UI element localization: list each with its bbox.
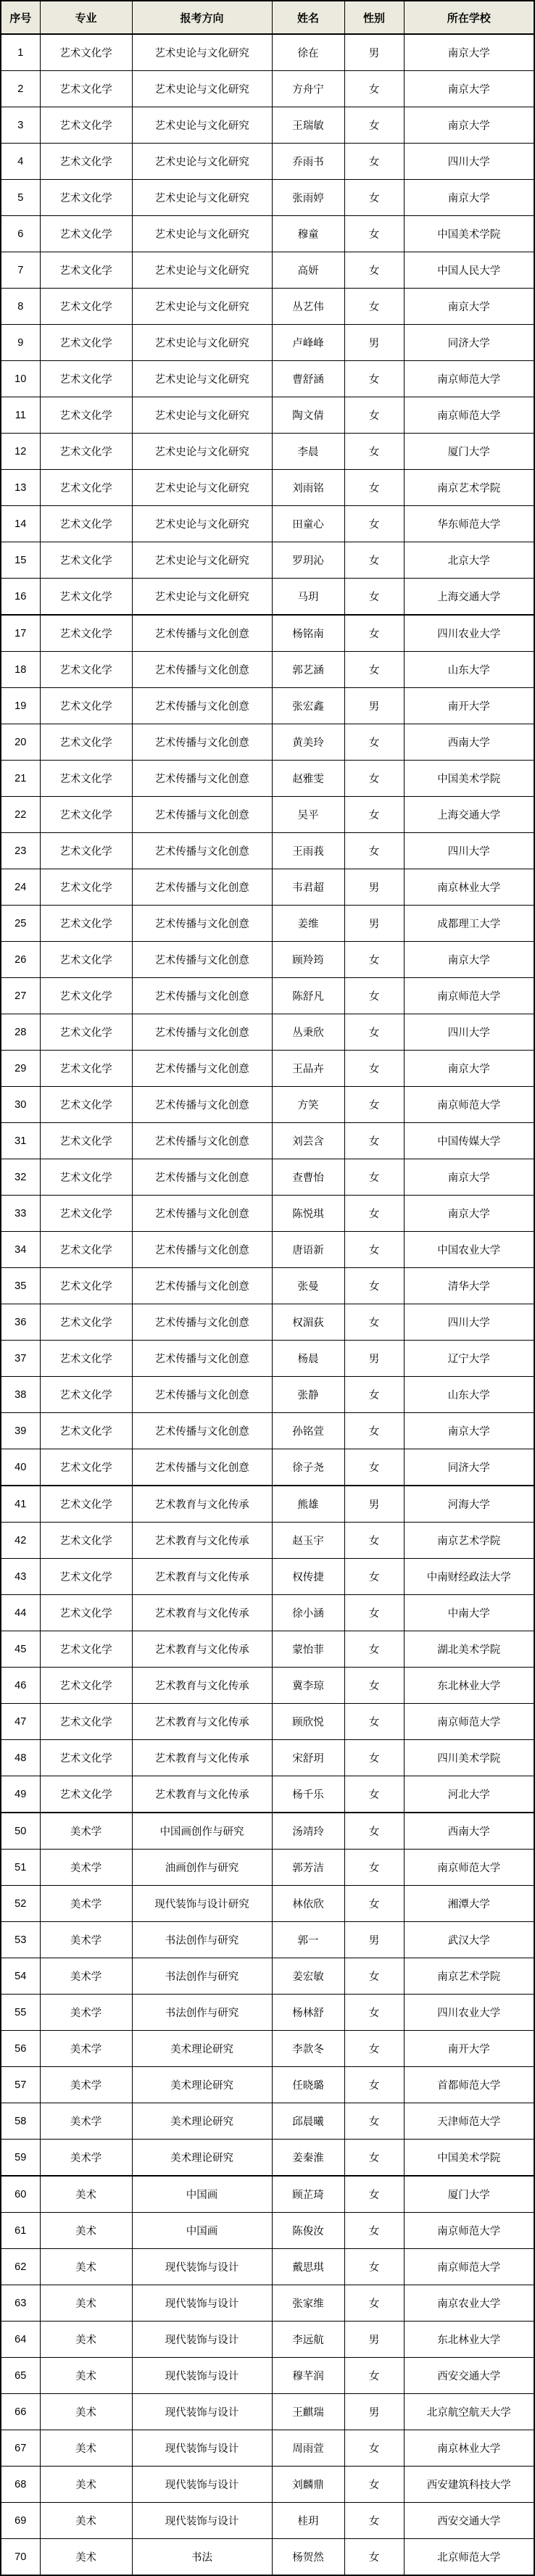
- cell-gender: 女: [344, 2031, 404, 2067]
- cell-school: 同济大学: [404, 1449, 534, 1486]
- cell-direction: 现代装饰与设计: [132, 2467, 272, 2503]
- cell-index: 69: [1, 2503, 40, 2539]
- cell-school: 南京大学: [404, 180, 534, 216]
- cell-major: 艺术文化学: [40, 34, 132, 71]
- cell-major: 艺术文化学: [40, 397, 132, 434]
- cell-name: 徐在: [272, 34, 344, 71]
- cell-gender: 女: [344, 1123, 404, 1159]
- cell-index: 62: [1, 2249, 40, 2285]
- cell-gender: 女: [344, 252, 404, 289]
- cell-direction: 艺术传播与文化创意: [132, 1196, 272, 1232]
- cell-index: 42: [1, 1523, 40, 1559]
- cell-direction: 艺术教育与文化传承: [132, 1740, 272, 1776]
- cell-gender: 女: [344, 2213, 404, 2249]
- cell-gender: 女: [344, 1196, 404, 1232]
- cell-gender: 男: [344, 2322, 404, 2358]
- cell-school: 东北林业大学: [404, 2322, 534, 2358]
- cell-name: 韦君超: [272, 869, 344, 906]
- cell-index: 14: [1, 506, 40, 542]
- cell-school: 四川大学: [404, 1304, 534, 1341]
- cell-major: 艺术文化学: [40, 1196, 132, 1232]
- cell-school: 南开大学: [404, 2031, 534, 2067]
- cell-gender: 女: [344, 1523, 404, 1559]
- cell-gender: 女: [344, 1740, 404, 1776]
- cell-name: 丛艺伟: [272, 289, 344, 325]
- cell-name: 蒙怡菲: [272, 1631, 344, 1668]
- table-body: 1艺术文化学艺术史论与文化研究徐在男南京大学2艺术文化学艺术史论与文化研究方舟宁…: [1, 34, 534, 2575]
- cell-direction: 现代装饰与设计: [132, 2394, 272, 2430]
- cell-major: 美术: [40, 2430, 132, 2467]
- table-row: 40艺术文化学艺术传播与文化创意徐子尧女同济大学: [1, 1449, 534, 1486]
- cell-index: 65: [1, 2358, 40, 2394]
- table-row: 52美术学现代装饰与设计研究林依欣女湘潭大学: [1, 1886, 534, 1922]
- cell-name: 冀李琼: [272, 1668, 344, 1704]
- cell-school: 同济大学: [404, 325, 534, 361]
- cell-index: 61: [1, 2213, 40, 2249]
- table-row: 8艺术文化学艺术史论与文化研究丛艺伟女南京大学: [1, 289, 534, 325]
- cell-major: 美术学: [40, 1813, 132, 1850]
- table-row: 67美术现代装饰与设计周雨萱女南京林业大学: [1, 2430, 534, 2467]
- cell-direction: 艺术传播与文化创意: [132, 688, 272, 724]
- cell-gender: 女: [344, 1377, 404, 1413]
- table-row: 39艺术文化学艺术传播与文化创意孙铭萱女南京大学: [1, 1413, 534, 1449]
- cell-direction: 艺术史论与文化研究: [132, 361, 272, 397]
- cell-name: 郭芳洁: [272, 1850, 344, 1886]
- cell-gender: 女: [344, 1704, 404, 1740]
- cell-name: 吴平: [272, 797, 344, 833]
- table-row: 36艺术文化学艺术传播与文化创意权湄荻女四川大学: [1, 1304, 534, 1341]
- cell-direction: 艺术传播与文化创意: [132, 978, 272, 1014]
- cell-major: 艺术文化学: [40, 361, 132, 397]
- cell-index: 33: [1, 1196, 40, 1232]
- cell-school: 西安交通大学: [404, 2503, 534, 2539]
- cell-gender: 女: [344, 71, 404, 107]
- table-row: 1艺术文化学艺术史论与文化研究徐在男南京大学: [1, 34, 534, 71]
- cell-index: 10: [1, 361, 40, 397]
- cell-major: 艺术文化学: [40, 1776, 132, 1813]
- cell-direction: 中国画: [132, 2213, 272, 2249]
- table-row: 26艺术文化学艺术传播与文化创意顾羚筠女南京大学: [1, 942, 534, 978]
- cell-gender: 女: [344, 761, 404, 797]
- cell-name: 王瑞敏: [272, 107, 344, 144]
- cell-direction: 艺术史论与文化研究: [132, 434, 272, 470]
- cell-name: 陈悦琪: [272, 1196, 344, 1232]
- cell-school: 南京师范大学: [404, 1850, 534, 1886]
- cell-direction: 美术理论研究: [132, 2067, 272, 2103]
- cell-school: 四川农业大学: [404, 615, 534, 652]
- table-row: 70美术书法杨贺然女北京师范大学: [1, 2539, 534, 2576]
- cell-name: 李款冬: [272, 2031, 344, 2067]
- cell-major: 美术: [40, 2176, 132, 2213]
- cell-name: 陶文倩: [272, 397, 344, 434]
- cell-gender: 男: [344, 2394, 404, 2430]
- cell-major: 艺术文化学: [40, 180, 132, 216]
- cell-major: 美术学: [40, 1958, 132, 1995]
- cell-direction: 艺术史论与文化研究: [132, 107, 272, 144]
- cell-direction: 艺术教育与文化传承: [132, 1668, 272, 1704]
- cell-gender: 女: [344, 1813, 404, 1850]
- cell-gender: 女: [344, 1559, 404, 1595]
- cell-index: 48: [1, 1740, 40, 1776]
- cell-name: 张雨婷: [272, 180, 344, 216]
- table-row: 11艺术文化学艺术史论与文化研究陶文倩女南京师范大学: [1, 397, 534, 434]
- cell-school: 南京农业大学: [404, 2285, 534, 2322]
- cell-index: 1: [1, 34, 40, 71]
- cell-gender: 女: [344, 1304, 404, 1341]
- cell-index: 5: [1, 180, 40, 216]
- cell-major: 艺术文化学: [40, 1159, 132, 1196]
- cell-name: 杨铭南: [272, 615, 344, 652]
- cell-direction: 艺术传播与文化创意: [132, 1413, 272, 1449]
- cell-gender: 男: [344, 688, 404, 724]
- cell-school: 西南大学: [404, 1813, 534, 1850]
- cell-gender: 男: [344, 1486, 404, 1523]
- cell-school: 华东师范大学: [404, 506, 534, 542]
- cell-major: 艺术文化学: [40, 1377, 132, 1413]
- cell-name: 孙铭萱: [272, 1413, 344, 1449]
- cell-gender: 女: [344, 1413, 404, 1449]
- table-row: 13艺术文化学艺术史论与文化研究刘雨铭女南京艺术学院: [1, 470, 534, 506]
- cell-direction: 艺术史论与文化研究: [132, 34, 272, 71]
- cell-gender: 女: [344, 2176, 404, 2213]
- cell-name: 戴思琪: [272, 2249, 344, 2285]
- cell-major: 艺术文化学: [40, 1341, 132, 1377]
- cell-gender: 女: [344, 1850, 404, 1886]
- header-cell-name: 姓名: [272, 1, 344, 34]
- cell-major: 美术: [40, 2358, 132, 2394]
- cell-direction: 艺术教育与文化传承: [132, 1631, 272, 1668]
- cell-school: 中国美术学院: [404, 761, 534, 797]
- cell-school: 成都理工大学: [404, 906, 534, 942]
- cell-school: 清华大学: [404, 1268, 534, 1304]
- cell-index: 60: [1, 2176, 40, 2213]
- table-row: 23艺术文化学艺术传播与文化创意王雨莪女四川大学: [1, 833, 534, 869]
- cell-index: 53: [1, 1922, 40, 1958]
- table-row: 68美术现代装饰与设计刘麟鼎女西安建筑科技大学: [1, 2467, 534, 2503]
- cell-name: 查曹怡: [272, 1159, 344, 1196]
- cell-direction: 油画创作与研究: [132, 1850, 272, 1886]
- cell-school: 上海交通大学: [404, 579, 534, 616]
- table-row: 45艺术文化学艺术教育与文化传承蒙怡菲女湖北美术学院: [1, 1631, 534, 1668]
- table-row: 18艺术文化学艺术传播与文化创意郭艺涵女山东大学: [1, 652, 534, 688]
- cell-index: 11: [1, 397, 40, 434]
- cell-direction: 艺术教育与文化传承: [132, 1486, 272, 1523]
- cell-name: 桂玥: [272, 2503, 344, 2539]
- cell-gender: 女: [344, 107, 404, 144]
- cell-major: 艺术文化学: [40, 1523, 132, 1559]
- cell-school: 四川大学: [404, 833, 534, 869]
- cell-gender: 女: [344, 797, 404, 833]
- cell-name: 乔雨书: [272, 144, 344, 180]
- cell-index: 49: [1, 1776, 40, 1813]
- cell-direction: 艺术传播与文化创意: [132, 1268, 272, 1304]
- cell-direction: 现代装饰与设计: [132, 2249, 272, 2285]
- cell-school: 南京大学: [404, 34, 534, 71]
- cell-index: 6: [1, 216, 40, 252]
- cell-name: 张曼: [272, 1268, 344, 1304]
- cell-direction: 艺术史论与文化研究: [132, 216, 272, 252]
- cell-gender: 女: [344, 180, 404, 216]
- cell-school: 北京大学: [404, 542, 534, 579]
- cell-index: 67: [1, 2430, 40, 2467]
- cell-index: 70: [1, 2539, 40, 2576]
- table-row: 12艺术文化学艺术史论与文化研究李晨女厦门大学: [1, 434, 534, 470]
- cell-major: 艺术文化学: [40, 652, 132, 688]
- cell-major: 艺术文化学: [40, 1087, 132, 1123]
- cell-direction: 艺术史论与文化研究: [132, 180, 272, 216]
- table-row: 5艺术文化学艺术史论与文化研究张雨婷女南京大学: [1, 180, 534, 216]
- cell-name: 丛秉欣: [272, 1014, 344, 1051]
- cell-index: 38: [1, 1377, 40, 1413]
- table-row: 51美术学油画创作与研究郭芳洁女南京师范大学: [1, 1850, 534, 1886]
- cell-name: 王雨莪: [272, 833, 344, 869]
- cell-major: 艺术文化学: [40, 470, 132, 506]
- cell-index: 9: [1, 325, 40, 361]
- cell-school: 中国传媒大学: [404, 1123, 534, 1159]
- cell-school: 南京艺术学院: [404, 470, 534, 506]
- cell-name: 张家维: [272, 2285, 344, 2322]
- cell-direction: 美术理论研究: [132, 2140, 272, 2177]
- cell-major: 美术学: [40, 1922, 132, 1958]
- cell-school: 山东大学: [404, 652, 534, 688]
- cell-index: 21: [1, 761, 40, 797]
- cell-direction: 艺术传播与文化创意: [132, 1014, 272, 1051]
- cell-direction: 艺术传播与文化创意: [132, 1087, 272, 1123]
- table-row: 16艺术文化学艺术史论与文化研究马玥女上海交通大学: [1, 579, 534, 616]
- cell-name: 林依欣: [272, 1886, 344, 1922]
- table-row: 34艺术文化学艺术传播与文化创意唐语新女中国农业大学: [1, 1232, 534, 1268]
- cell-gender: 女: [344, 1051, 404, 1087]
- cell-name: 顾欣悦: [272, 1704, 344, 1740]
- cell-name: 唐语新: [272, 1232, 344, 1268]
- cell-school: 南京大学: [404, 1196, 534, 1232]
- table-row: 21艺术文化学艺术传播与文化创意赵雅雯女中国美术学院: [1, 761, 534, 797]
- cell-direction: 艺术教育与文化传承: [132, 1523, 272, 1559]
- cell-major: 艺术文化学: [40, 1486, 132, 1523]
- cell-name: 赵雅雯: [272, 761, 344, 797]
- cell-gender: 女: [344, 434, 404, 470]
- cell-school: 南京大学: [404, 1051, 534, 1087]
- header-cell-school: 所在学校: [404, 1, 534, 34]
- cell-school: 河海大学: [404, 1486, 534, 1523]
- cell-school: 北京师范大学: [404, 2539, 534, 2576]
- cell-major: 艺术文化学: [40, 724, 132, 761]
- cell-direction: 书法: [132, 2539, 272, 2576]
- cell-major: 美术: [40, 2539, 132, 2576]
- cell-name: 穆芊润: [272, 2358, 344, 2394]
- cell-major: 美术学: [40, 1886, 132, 1922]
- cell-major: 艺术文化学: [40, 1740, 132, 1776]
- cell-name: 姜秦淮: [272, 2140, 344, 2177]
- cell-major: 艺术文化学: [40, 1449, 132, 1486]
- candidate-roster-table: 序号 专业 报考方向 姓名 性别 所在学校 1艺术文化学艺术史论与文化研究徐在男…: [0, 0, 535, 2576]
- cell-gender: 女: [344, 1595, 404, 1631]
- cell-direction: 中国画创作与研究: [132, 1813, 272, 1850]
- cell-name: 张静: [272, 1377, 344, 1413]
- cell-gender: 女: [344, 216, 404, 252]
- cell-name: 方笑: [272, 1087, 344, 1123]
- table-row: 69美术现代装饰与设计桂玥女西安交通大学: [1, 2503, 534, 2539]
- table-row: 43艺术文化学艺术教育与文化传承权传捷女中南财经政法大学: [1, 1559, 534, 1595]
- cell-index: 3: [1, 107, 40, 144]
- cell-school: 南京大学: [404, 107, 534, 144]
- cell-major: 美术: [40, 2249, 132, 2285]
- header-cell-index: 序号: [1, 1, 40, 34]
- cell-school: 中国美术学院: [404, 216, 534, 252]
- cell-major: 美术学: [40, 1850, 132, 1886]
- cell-gender: 女: [344, 1668, 404, 1704]
- cell-major: 美术学: [40, 2140, 132, 2177]
- table-row: 58美术学美术理论研究邱晨曦女天津师范大学: [1, 2103, 534, 2140]
- cell-index: 55: [1, 1995, 40, 2031]
- cell-direction: 艺术史论与文化研究: [132, 470, 272, 506]
- cell-direction: 美术理论研究: [132, 2103, 272, 2140]
- cell-index: 34: [1, 1232, 40, 1268]
- cell-index: 36: [1, 1304, 40, 1341]
- cell-name: 郭艺涵: [272, 652, 344, 688]
- cell-major: 艺术文化学: [40, 761, 132, 797]
- cell-name: 王麒瑞: [272, 2394, 344, 2430]
- cell-school: 西南大学: [404, 724, 534, 761]
- cell-name: 黄美玲: [272, 724, 344, 761]
- cell-gender: 女: [344, 1958, 404, 1995]
- header-cell-gender: 性别: [344, 1, 404, 34]
- cell-major: 艺术文化学: [40, 1232, 132, 1268]
- cell-major: 艺术文化学: [40, 797, 132, 833]
- cell-name: 刘雨铭: [272, 470, 344, 506]
- table-row: 48艺术文化学艺术教育与文化传承宋舒玥女四川美术学院: [1, 1740, 534, 1776]
- cell-name: 田童心: [272, 506, 344, 542]
- cell-name: 宋舒玥: [272, 1740, 344, 1776]
- cell-direction: 艺术传播与文化创意: [132, 1232, 272, 1268]
- cell-major: 美术: [40, 2213, 132, 2249]
- cell-school: 四川农业大学: [404, 1995, 534, 2031]
- cell-major: 艺术文化学: [40, 1123, 132, 1159]
- cell-gender: 女: [344, 1776, 404, 1813]
- cell-name: 顾羚筠: [272, 942, 344, 978]
- cell-major: 艺术文化学: [40, 1304, 132, 1341]
- cell-gender: 女: [344, 2539, 404, 2576]
- cell-index: 22: [1, 797, 40, 833]
- cell-school: 南京大学: [404, 1413, 534, 1449]
- cell-name: 周雨萱: [272, 2430, 344, 2467]
- cell-school: 中国美术学院: [404, 2140, 534, 2177]
- cell-gender: 女: [344, 542, 404, 579]
- cell-school: 辽宁大学: [404, 1341, 534, 1377]
- cell-name: 权湄荻: [272, 1304, 344, 1341]
- table-row: 49艺术文化学艺术教育与文化传承杨千乐女河北大学: [1, 1776, 534, 1813]
- cell-index: 47: [1, 1704, 40, 1740]
- table-row: 57美术学美术理论研究任晓璐女首都师范大学: [1, 2067, 534, 2103]
- cell-school: 中南大学: [404, 1595, 534, 1631]
- table-row: 38艺术文化学艺术传播与文化创意张静女山东大学: [1, 1377, 534, 1413]
- cell-school: 四川美术学院: [404, 1740, 534, 1776]
- cell-name: 杨晨: [272, 1341, 344, 1377]
- table-row: 17艺术文化学艺术传播与文化创意杨铭南女四川农业大学: [1, 615, 534, 652]
- cell-major: 美术学: [40, 2067, 132, 2103]
- cell-direction: 艺术传播与文化创意: [132, 906, 272, 942]
- cell-gender: 男: [344, 325, 404, 361]
- cell-school: 湘潭大学: [404, 1886, 534, 1922]
- cell-major: 艺术文化学: [40, 869, 132, 906]
- cell-major: 艺术文化学: [40, 1559, 132, 1595]
- table-row: 4艺术文化学艺术史论与文化研究乔雨书女四川大学: [1, 144, 534, 180]
- cell-index: 32: [1, 1159, 40, 1196]
- cell-direction: 艺术教育与文化传承: [132, 1595, 272, 1631]
- cell-major: 艺术文化学: [40, 1014, 132, 1051]
- cell-index: 37: [1, 1341, 40, 1377]
- cell-school: 南京师范大学: [404, 2249, 534, 2285]
- cell-index: 56: [1, 2031, 40, 2067]
- cell-school: 南京师范大学: [404, 1704, 534, 1740]
- table-row: 2艺术文化学艺术史论与文化研究方舟宁女南京大学: [1, 71, 534, 107]
- cell-name: 姜维: [272, 906, 344, 942]
- cell-major: 艺术文化学: [40, 289, 132, 325]
- cell-direction: 艺术传播与文化创意: [132, 652, 272, 688]
- cell-school: 西安交通大学: [404, 2358, 534, 2394]
- cell-name: 权传捷: [272, 1559, 344, 1595]
- cell-index: 59: [1, 2140, 40, 2177]
- cell-name: 马玥: [272, 579, 344, 616]
- cell-gender: 女: [344, 1995, 404, 2031]
- table-row: 7艺术文化学艺术史论与文化研究高妍女中国人民大学: [1, 252, 534, 289]
- cell-index: 25: [1, 906, 40, 942]
- cell-gender: 女: [344, 2140, 404, 2177]
- cell-index: 63: [1, 2285, 40, 2322]
- table-row: 22艺术文化学艺术传播与文化创意吴平女上海交通大学: [1, 797, 534, 833]
- cell-index: 52: [1, 1886, 40, 1922]
- cell-major: 艺术文化学: [40, 1704, 132, 1740]
- cell-school: 南开大学: [404, 688, 534, 724]
- table-row: 14艺术文化学艺术史论与文化研究田童心女华东师范大学: [1, 506, 534, 542]
- cell-direction: 艺术史论与文化研究: [132, 542, 272, 579]
- cell-index: 68: [1, 2467, 40, 2503]
- cell-school: 中南财经政法大学: [404, 1559, 534, 1595]
- cell-gender: 女: [344, 1232, 404, 1268]
- table-header: 序号 专业 报考方向 姓名 性别 所在学校: [1, 1, 534, 34]
- cell-gender: 女: [344, 833, 404, 869]
- cell-gender: 女: [344, 2249, 404, 2285]
- cell-direction: 艺术传播与文化创意: [132, 1341, 272, 1377]
- cell-name: 赵玉宇: [272, 1523, 344, 1559]
- cell-school: 西安建筑科技大学: [404, 2467, 534, 2503]
- cell-school: 南京师范大学: [404, 978, 534, 1014]
- cell-major: 艺术文化学: [40, 252, 132, 289]
- cell-index: 41: [1, 1486, 40, 1523]
- header-row: 序号 专业 报考方向 姓名 性别 所在学校: [1, 1, 534, 34]
- table-row: 20艺术文化学艺术传播与文化创意黄美玲女西南大学: [1, 724, 534, 761]
- cell-direction: 现代装饰与设计: [132, 2430, 272, 2467]
- cell-major: 艺术文化学: [40, 325, 132, 361]
- cell-school: 南京师范大学: [404, 1087, 534, 1123]
- cell-index: 35: [1, 1268, 40, 1304]
- cell-school: 南京大学: [404, 942, 534, 978]
- cell-gender: 女: [344, 1886, 404, 1922]
- cell-index: 7: [1, 252, 40, 289]
- table-row: 50美术学中国画创作与研究汤靖玲女西南大学: [1, 1813, 534, 1850]
- table-row: 42艺术文化学艺术教育与文化传承赵玉宇女南京艺术学院: [1, 1523, 534, 1559]
- table-row: 31艺术文化学艺术传播与文化创意刘芸含女中国传媒大学: [1, 1123, 534, 1159]
- cell-index: 4: [1, 144, 40, 180]
- cell-major: 艺术文化学: [40, 107, 132, 144]
- cell-name: 李晨: [272, 434, 344, 470]
- cell-index: 15: [1, 542, 40, 579]
- cell-direction: 艺术史论与文化研究: [132, 252, 272, 289]
- cell-index: 13: [1, 470, 40, 506]
- cell-direction: 艺术教育与文化传承: [132, 1559, 272, 1595]
- cell-name: 熊雄: [272, 1486, 344, 1523]
- cell-index: 2: [1, 71, 40, 107]
